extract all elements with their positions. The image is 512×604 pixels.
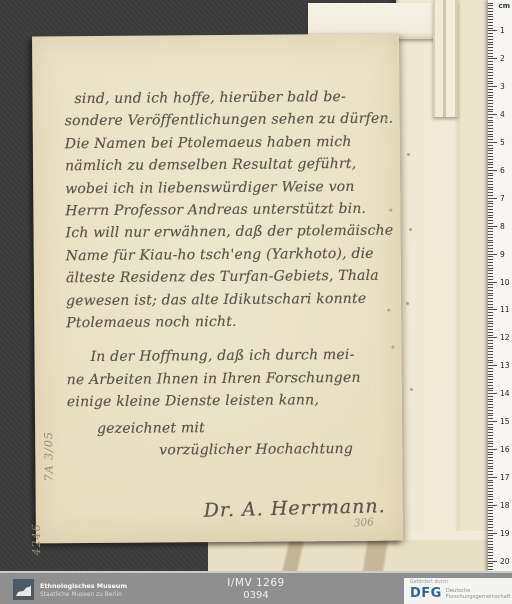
ruler-mm-tick	[488, 42, 493, 43]
letter-line: sind, und ich hoffe, hierüber bald be-	[74, 86, 383, 111]
ruler-cm-tick	[488, 365, 497, 366]
ruler-mm-tick	[488, 33, 493, 34]
ruler-mm-tick	[488, 474, 493, 475]
ruler-cm-number: 12	[500, 333, 510, 342]
ruler-mm-tick	[488, 354, 493, 355]
ruler-mm-tick	[488, 89, 493, 90]
ruler-mm-tick	[488, 276, 493, 277]
ruler-mm-tick	[488, 516, 493, 517]
ruler-mm-tick	[488, 234, 493, 235]
worm-hole	[389, 209, 392, 212]
ruler-mm-tick	[488, 452, 493, 453]
ruler-mm-tick	[488, 83, 493, 84]
ruler-mm-tick	[488, 482, 493, 483]
ruler-mm-tick	[488, 212, 493, 213]
ruler-mm-tick	[488, 460, 493, 461]
ruler-cm-number: 8	[500, 222, 505, 231]
letter-line: nämlich zu demselben Resultat geführt,	[65, 153, 384, 178]
ruler-cm-tick	[488, 533, 497, 534]
ruler-mm-tick	[488, 468, 493, 469]
ruler-mm-tick	[488, 312, 493, 313]
ruler-mm-tick	[488, 287, 493, 288]
ruler-mm-tick	[488, 357, 493, 358]
ruler-mm-tick	[488, 443, 493, 444]
ruler-mm-tick	[488, 569, 493, 570]
letter-line: In der Hoffnung, daß ich durch mei-	[90, 344, 385, 369]
ruler-mm-tick	[488, 499, 493, 500]
ruler-mm-tick	[488, 541, 493, 542]
ruler-mm-tick	[488, 524, 493, 525]
ruler-mm-tick	[488, 399, 493, 400]
ruler-cm-number: 20	[500, 557, 510, 566]
letter-line: Ich will nur erwähnen, daß der ptolemäis…	[65, 220, 384, 245]
ruler-mm-tick	[488, 251, 493, 252]
ruler-mm-tick	[488, 47, 493, 48]
ruler-cm-tick	[488, 561, 497, 562]
letter-line: älteste Residenz des Turfan-Gebiets, Tha…	[66, 265, 385, 290]
ruler-mm-tick	[488, 510, 493, 511]
worm-hole	[385, 119, 388, 122]
ruler-mm-tick	[488, 72, 493, 73]
ruler-mm-tick	[488, 159, 493, 160]
margin-annotation-lower: 4246	[30, 523, 43, 555]
margin-annotation-upper: 7A 3/05	[42, 431, 55, 481]
ruler-mm-tick	[488, 122, 493, 123]
ruler-mm-tick	[488, 273, 493, 274]
letter-line: ne Arbeiten Ihnen in Ihren Forschungen	[67, 367, 386, 392]
ruler-mm-tick	[488, 379, 493, 380]
ruler-mm-tick	[488, 265, 493, 266]
ruler-mm-tick	[488, 189, 493, 190]
ruler-mm-tick	[488, 535, 493, 536]
ruler-mm-tick	[488, 502, 493, 503]
ruler-mm-tick	[488, 315, 493, 316]
ruler-mm-tick	[488, 178, 493, 179]
ruler-mm-tick	[488, 3, 493, 4]
ruler-mm-tick	[488, 228, 493, 229]
letter-line: Herrn Professor Andreas unterstützt bin.	[65, 198, 384, 223]
ruler-unit-label: cm	[499, 2, 510, 10]
paper-strips-top-right	[433, 0, 458, 117]
ruler-mm-tick	[488, 547, 493, 548]
ruler-mm-tick	[488, 385, 493, 386]
ruler-cm-number: 15	[500, 417, 510, 426]
ruler-cm-number: 7	[500, 194, 505, 203]
ruler-mm-tick	[488, 173, 493, 174]
ruler-mm-tick	[488, 120, 493, 121]
ruler-mm-tick	[488, 519, 493, 520]
ruler-mm-tick	[488, 25, 493, 26]
letter-line: vorzüglicher Hochachtung	[159, 438, 386, 462]
dfg-logo: DFG	[410, 586, 442, 601]
ruler-mm-tick	[488, 530, 493, 531]
ruler-mm-tick	[488, 125, 493, 126]
ruler-mm-tick	[488, 206, 493, 207]
ruler-mm-tick	[488, 527, 493, 528]
ruler-mm-tick	[488, 16, 493, 17]
ruler-cm-tick	[488, 282, 497, 283]
ruler-cm-tick	[488, 254, 497, 255]
ruler-mm-tick	[488, 293, 493, 294]
ruler-mm-tick	[488, 441, 493, 442]
ruler-mm-tick	[488, 5, 493, 6]
ruler-mm-tick	[488, 538, 493, 539]
tack-hole	[406, 302, 409, 305]
ruler-mm-tick	[488, 136, 493, 137]
ruler-cm-tick	[488, 86, 497, 87]
tack-hole	[410, 388, 413, 391]
letter-line: gezeichnet mit	[97, 415, 386, 440]
ruler-mm-tick	[488, 351, 493, 352]
ruler-mm-tick	[488, 256, 493, 257]
ruler-mm-tick	[488, 181, 493, 182]
ruler-mm-tick	[488, 418, 493, 419]
ruler-mm-tick	[488, 463, 493, 464]
ruler-cm-tick	[488, 505, 497, 506]
ruler-mm-tick	[488, 217, 493, 218]
ruler-mm-tick	[488, 103, 493, 104]
ruler-mm-tick	[488, 231, 493, 232]
ruler-cm-number: 5	[500, 138, 505, 147]
letter-line: Die Namen bei Ptolemaeus haben mich	[65, 131, 384, 156]
ruler-mm-tick	[488, 223, 493, 224]
ruler-mm-tick	[488, 164, 493, 165]
ruler-cm-number: 11	[500, 305, 510, 314]
funding-label: Gefördert durch	[410, 580, 512, 585]
ruler-mm-tick	[488, 432, 493, 433]
ruler-mm-tick	[488, 69, 493, 70]
ruler-mm-tick	[488, 262, 493, 263]
ruler-mm-tick	[488, 555, 493, 556]
ruler-mm-tick	[488, 301, 493, 302]
ruler-mm-tick	[488, 259, 493, 260]
ruler-mm-tick	[488, 496, 493, 497]
ruler-mm-tick	[488, 145, 493, 146]
ruler-mm-tick	[488, 371, 493, 372]
ruler-mm-tick	[488, 488, 493, 489]
ruler-mm-tick	[488, 134, 493, 135]
ruler-mm-tick	[488, 131, 493, 132]
letter-page: sind, und ich hoffe, hierüber bald be-so…	[32, 34, 403, 544]
ruler-cm-tick	[488, 142, 497, 143]
dfg-funding-box: Gefördert durch DFG Deutsche Forschungsg…	[404, 578, 512, 604]
ruler-cm-number: 1	[500, 26, 505, 35]
ruler-mm-tick	[488, 184, 493, 185]
ruler-mm-tick	[488, 295, 493, 296]
ruler-mm-tick	[488, 304, 493, 305]
ruler-mm-tick	[488, 382, 493, 383]
ruler-cm-number: 14	[500, 389, 510, 398]
ruler-cm-tick	[488, 393, 497, 394]
ruler-mm-tick	[488, 50, 493, 51]
ruler-mm-tick	[488, 192, 493, 193]
ruler-mm-tick	[488, 335, 493, 336]
ruler-mm-tick	[488, 415, 493, 416]
ruler-mm-tick	[488, 53, 493, 54]
ruler-cm-tick	[488, 449, 497, 450]
ruler-mm-tick	[488, 36, 493, 37]
ruler-cm-number: 4	[500, 110, 505, 119]
ruler-mm-tick	[488, 156, 493, 157]
ruler-mm-tick	[488, 187, 493, 188]
ruler-mm-tick	[488, 95, 493, 96]
ruler-mm-tick	[488, 454, 493, 455]
ruler-mm-tick	[488, 466, 493, 467]
ruler-mm-tick	[488, 97, 493, 98]
ruler-mm-tick	[488, 321, 493, 322]
ruler-mm-tick	[488, 61, 493, 62]
ruler-cm-tick	[488, 337, 497, 338]
ruler-cm-number: 6	[500, 166, 505, 175]
ruler-mm-tick	[488, 544, 493, 545]
ruler-mm-tick	[488, 81, 493, 82]
letter-line: gewesen ist; das alte Idikutschari konnt…	[66, 287, 385, 312]
ruler-mm-tick	[488, 307, 493, 308]
ruler-mm-tick	[488, 78, 493, 79]
ruler-mm-tick	[488, 22, 493, 23]
ruler-mm-tick	[488, 362, 493, 363]
ruler-mm-tick	[488, 100, 493, 101]
ruler-mm-tick	[488, 374, 493, 375]
ruler-cm-number: 16	[500, 445, 510, 454]
ruler-mm-tick	[488, 491, 493, 492]
worm-hole	[387, 309, 390, 312]
ruler-mm-tick	[488, 75, 493, 76]
footer-bar: Ethnologisches Museum Staatliche Museen …	[0, 571, 512, 604]
letter-line: einige kleine Dienste leisten kann,	[67, 389, 386, 414]
ruler-cm-tick	[488, 309, 497, 310]
ruler-mm-tick	[488, 507, 493, 508]
ruler-mm-tick	[488, 203, 493, 204]
ruler-cm-tick	[488, 58, 497, 59]
ruler-mm-tick	[488, 237, 493, 238]
ruler-mm-tick	[488, 427, 493, 428]
ruler-cm-number: 19	[500, 529, 510, 538]
ruler-mm-tick	[488, 346, 493, 347]
letter-line: Name für Kiau-ho tsch'eng (Yarkhoto), di…	[66, 243, 385, 268]
ruler-mm-tick	[488, 549, 493, 550]
ruler-mm-tick	[488, 446, 493, 447]
ruler-mm-tick	[488, 111, 493, 112]
ruler-mm-tick	[488, 150, 493, 151]
ruler-mm-tick	[488, 563, 493, 564]
funder-name-line2: Forschungsgemeinschaft	[446, 594, 511, 600]
ruler-mm-tick	[488, 552, 493, 553]
ruler-mm-tick	[488, 368, 493, 369]
ruler-mm-tick	[488, 404, 493, 405]
ruler-mm-tick	[488, 245, 493, 246]
ruler-cm-number: 10	[500, 278, 510, 287]
ruler-mm-tick	[488, 424, 493, 425]
ruler-mm-tick	[488, 410, 493, 411]
ruler-mm-tick	[488, 407, 493, 408]
ruler-mm-tick	[488, 480, 493, 481]
ruler-mm-tick	[488, 435, 493, 436]
ruler-mm-tick	[488, 329, 493, 330]
ruler-mm-tick	[488, 340, 493, 341]
worm-hole	[391, 346, 394, 349]
ruler-mm-tick	[488, 284, 493, 285]
pencil-page-number: 306	[353, 516, 374, 530]
ruler-mm-tick	[488, 39, 493, 40]
ruler-mm-tick	[488, 401, 493, 402]
ruler-mm-tick	[488, 494, 493, 495]
ruler-mm-tick	[488, 248, 493, 249]
ruler-mm-tick	[488, 396, 493, 397]
ruler-mm-tick	[488, 376, 493, 377]
ruler-mm-tick	[488, 117, 493, 118]
ruler-mm-tick	[488, 11, 493, 12]
ruler-mm-tick	[488, 429, 493, 430]
ruler-cm-number: 13	[500, 361, 510, 370]
letter-line: sondere Veröffentlichungen sehen zu dürf…	[65, 108, 384, 133]
ruler-mm-tick	[488, 471, 493, 472]
ruler-mm-tick	[488, 566, 493, 567]
ruler-mm-tick	[488, 268, 493, 269]
ruler-mm-tick	[488, 242, 493, 243]
ruler-mm-tick	[488, 56, 493, 57]
ruler-mm-tick	[488, 360, 493, 361]
ruler-cm-number: 2	[500, 54, 505, 63]
ruler-mm-tick	[488, 106, 493, 107]
ruler-cm-tick	[488, 226, 497, 227]
ruler-mm-tick	[488, 44, 493, 45]
ruler-mm-tick	[488, 128, 493, 129]
letter-line: wobei ich in liebenswürdiger Weise von	[65, 175, 384, 200]
ruler-mm-tick	[488, 521, 493, 522]
ruler-cm-tick	[488, 421, 497, 422]
ruler-mm-tick	[488, 67, 493, 68]
ruler-cm-number: 9	[500, 250, 505, 259]
ruler-mm-tick	[488, 215, 493, 216]
ruler-mm-tick	[488, 343, 493, 344]
ruler-cm-tick	[488, 114, 497, 115]
ruler-mm-tick	[488, 8, 493, 9]
tack-hole	[409, 228, 412, 231]
document-scan-viewport: cm 1234567891011121314151617181920 sind,…	[0, 0, 512, 604]
ruler-cm-tick	[488, 170, 497, 171]
ruler-cm-number: 3	[500, 82, 505, 91]
ruler-mm-tick	[488, 513, 493, 514]
ruler-mm-tick	[488, 14, 493, 15]
ruler-mm-tick	[488, 195, 493, 196]
ruler-cm-tick	[488, 30, 497, 31]
ruler-mm-tick	[488, 390, 493, 391]
ruler-mm-tick	[488, 64, 493, 65]
ruler-mm-tick	[488, 209, 493, 210]
ruler-mm-tick	[488, 109, 493, 110]
ruler-mm-tick	[488, 167, 493, 168]
tack-hole	[407, 153, 410, 156]
ruler-mm-tick	[488, 270, 493, 271]
ruler-mm-tick	[488, 162, 493, 163]
ruler-mm-tick	[488, 153, 493, 154]
ruler-mm-tick	[488, 323, 493, 324]
ruler-mm-tick	[488, 201, 493, 202]
ruler-mm-tick	[488, 175, 493, 176]
ruler-mm-tick	[488, 332, 493, 333]
ruler-mm-tick	[488, 326, 493, 327]
ruler-cm-tick	[488, 198, 497, 199]
ruler-mm-tick	[488, 438, 493, 439]
ruler-mm-tick	[488, 485, 493, 486]
letter-line: Ptolemaeus noch nicht.	[66, 310, 385, 335]
ruler-cm-tick	[488, 477, 497, 478]
ruler-cm-number: 18	[500, 501, 510, 510]
ruler-mm-tick	[488, 220, 493, 221]
ruler-mm-tick	[488, 558, 493, 559]
ruler-mm-tick	[488, 457, 493, 458]
letter-body-text: sind, und ich hoffe, hierüber bald be-so…	[64, 86, 386, 463]
ruler-mm-tick	[488, 298, 493, 299]
ruler-mm-tick	[488, 290, 493, 291]
ruler-mm-tick	[488, 279, 493, 280]
ruler-mm-tick	[488, 139, 493, 140]
ruler-mm-tick	[488, 348, 493, 349]
ruler-mm-tick	[488, 240, 493, 241]
ruler-mm-tick	[488, 148, 493, 149]
ruler: cm 1234567891011121314151617181920	[488, 0, 512, 571]
ruler-mm-tick	[488, 388, 493, 389]
ruler-mm-tick	[488, 92, 493, 93]
ruler-mm-tick	[488, 413, 493, 414]
ruler-cm-number: 17	[500, 473, 510, 482]
ruler-mm-tick	[488, 28, 493, 29]
ruler-mm-tick	[488, 19, 493, 20]
ruler-mm-tick	[488, 318, 493, 319]
